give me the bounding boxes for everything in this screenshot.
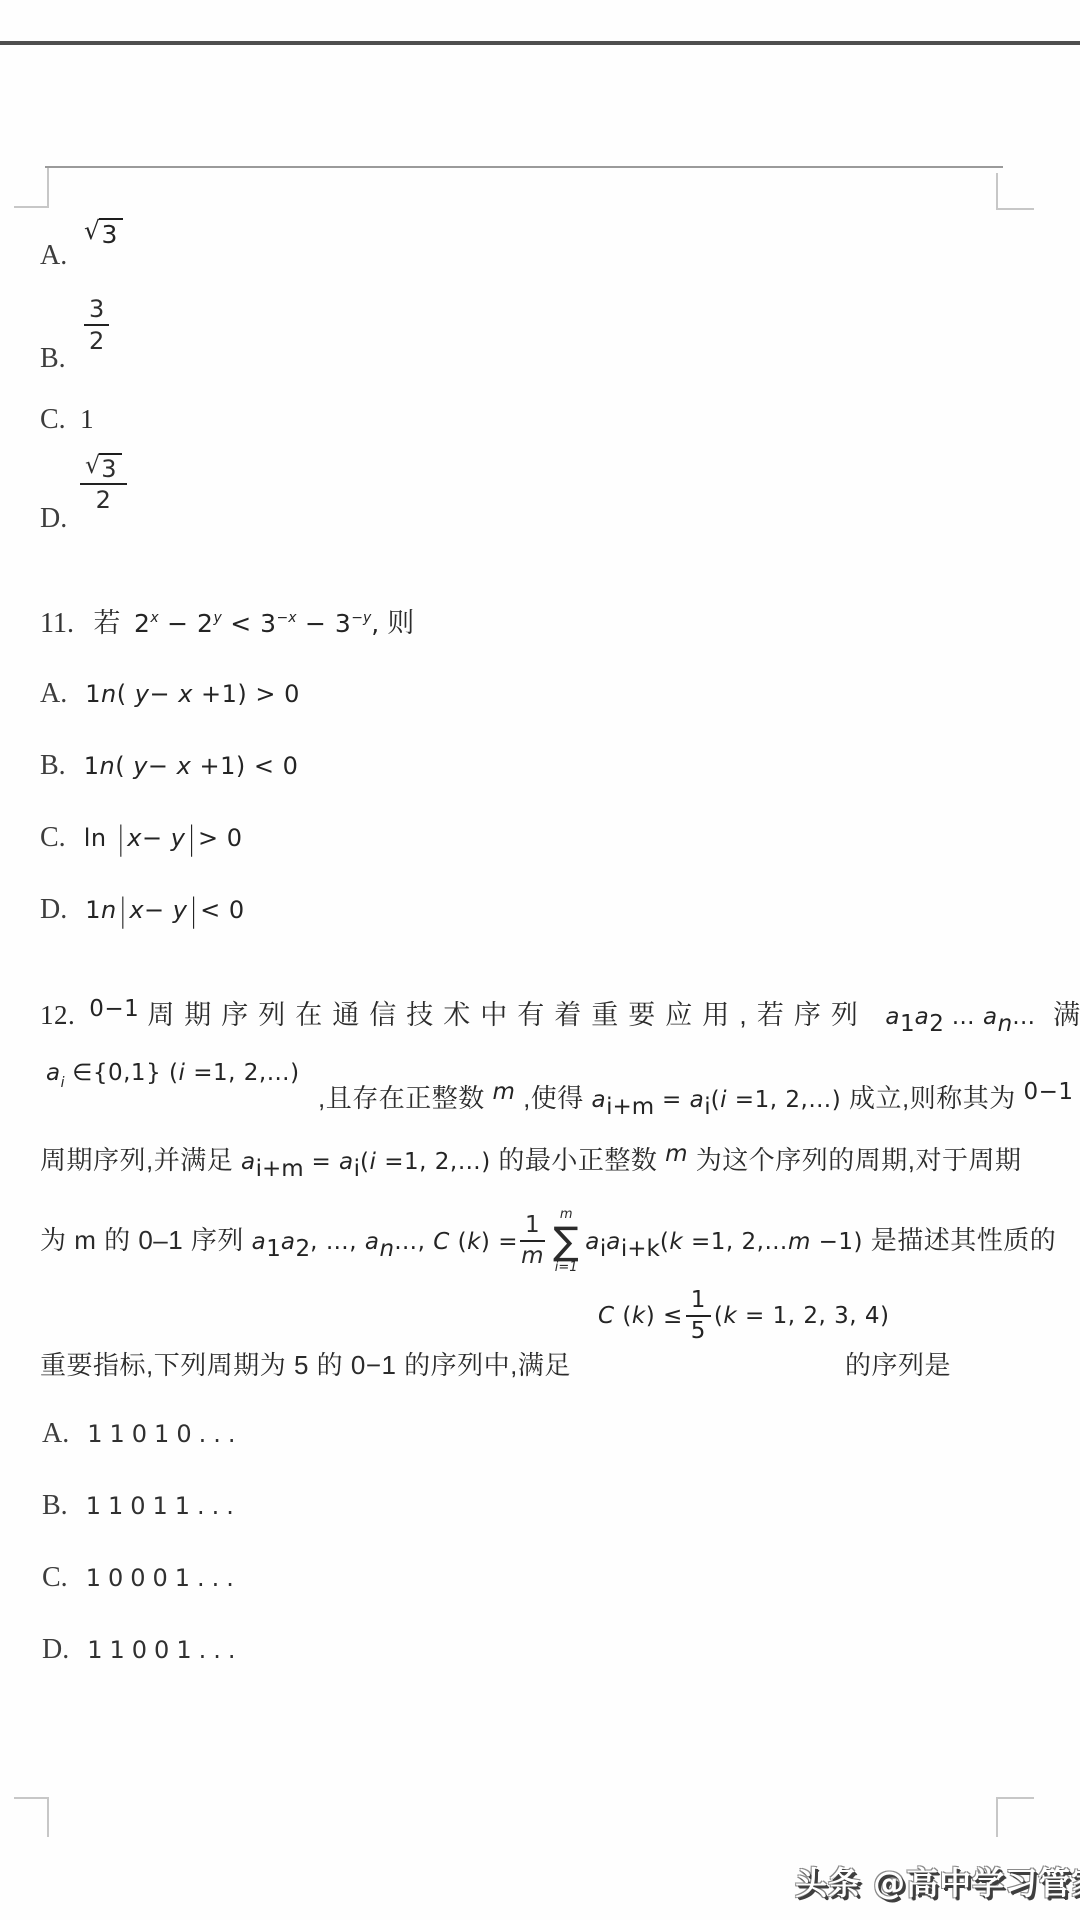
fraction-one-fifth: 1 5 — [686, 1288, 711, 1345]
q12-line-5-formula: C (k) ≤ 1 5 (k = 1, 2, 3, 4) — [598, 1284, 889, 1348]
prev-option-a-value: √3 — [84, 218, 123, 247]
q12-option-c-label: C. — [42, 1562, 68, 1594]
question-11-expression: 2x − 2y < 3−x − 3−y, — [134, 609, 380, 638]
q12-line-5-text: 重要指标,下列周期为 5 的 0−1 的序列中,满足 — [40, 1345, 571, 1382]
fraction-numerator: √3 — [80, 452, 127, 485]
q12-option-b-label: B. — [42, 1490, 68, 1522]
q12-option-a-label: A. — [42, 1418, 69, 1450]
prev-option-b-value: 3 2 — [84, 296, 109, 355]
q12-line-3: 周期序列,并满足 ai+m = ai(i =1, 2,…) 的最小正整数 m 为… — [40, 1140, 1022, 1182]
question-11-number: 11. — [40, 608, 74, 639]
q12-line-4-pre: 为 m 的 0–1 序列 a1a2, …, an…, C (k) = — [40, 1220, 518, 1262]
prev-option-c-row: C. 1 — [40, 404, 94, 436]
fraction-numerator: 3 — [84, 296, 109, 326]
fraction-denominator: 5 — [691, 1317, 706, 1344]
q12-option-d-label: D. — [42, 1634, 69, 1666]
watermark-text: 头条 @高中学习管家 — [795, 1858, 1080, 1904]
q12-line-4: 为 m 的 0–1 序列 a1a2, …, an…, C (k) = 1 m m… — [40, 1205, 1056, 1277]
q12-option-d-row: D. 11001... — [42, 1634, 242, 1666]
q12-line-4-post: aiai+k(k =1, 2,…m −1) 是描述其性质的 — [585, 1220, 1056, 1262]
crop-mark-bottom-left — [14, 1797, 49, 1837]
question-11-stem: 11. 若 2x − 2y < 3−x − 3−y, 则 — [40, 601, 414, 640]
q12-option-b-row: B. 11011... — [42, 1490, 241, 1522]
summation-symbol: m ∑ i=1 — [553, 1208, 579, 1274]
prev-option-b-label: B. — [40, 343, 66, 375]
fraction-denominator: 2 — [96, 485, 111, 513]
prev-option-c-label: C. — [40, 404, 66, 435]
crop-mark-top-left — [14, 168, 49, 208]
q12-option-c-value: 10001... — [86, 1564, 241, 1592]
q11-option-b-row: B. 1n( y− x +1) < 0 — [40, 750, 298, 782]
q11-option-d-label: D. — [40, 894, 67, 926]
q11-option-c-row: C. ln |x− y|> 0 — [40, 822, 243, 854]
sum-lower-limit: i=1 — [555, 1261, 578, 1274]
q12-line-1: 12.0−1 周期序列在通信技术中有着重要应用,若序列 a1a2 … an… 满… — [40, 993, 1080, 1037]
q11-option-b-label: B. — [40, 750, 66, 782]
q11-option-d-value: 1n|x− y|< 0 — [85, 896, 244, 924]
q11-option-a-row: A. 1n( y− x +1) > 0 — [40, 678, 300, 710]
condition-left: C (k) ≤ — [598, 1303, 683, 1329]
q12-option-a-row: A. 11010... — [42, 1418, 242, 1450]
condition-right: (k = 1, 2, 3, 4) — [714, 1303, 890, 1329]
fraction-denominator: m — [521, 1242, 544, 1269]
fraction-one-over-m: 1 m — [520, 1213, 545, 1270]
q11-option-b-value: 1n( y− x +1) < 0 — [84, 752, 299, 780]
fraction-denominator: 2 — [89, 326, 104, 354]
q12-line-2-text: ,且存在正整数 m ,使得 ai+m = ai(i =1, 2,…) 成立,则称… — [318, 1078, 1073, 1120]
q12-line-2-math: ai ∈{0,1} (i =1, 2,…) — [46, 1060, 300, 1091]
sqrt-expression: √3 — [85, 453, 122, 481]
margin-rule — [45, 166, 1003, 168]
top-rule — [0, 41, 1080, 45]
prev-option-c-value: 1 — [80, 404, 94, 434]
question-11-tail: 则 — [387, 608, 414, 638]
crop-mark-top-right — [996, 173, 1034, 210]
prev-option-d-label: D. — [40, 503, 67, 535]
sigma-glyph: ∑ — [553, 1222, 579, 1260]
fraction-numerator: 1 — [686, 1288, 711, 1317]
q11-option-c-value: ln |x− y|> 0 — [84, 824, 243, 852]
prev-option-d-value: √3 2 — [80, 452, 127, 513]
q11-option-a-label: A. — [40, 678, 67, 710]
q12-option-a-value: 11010... — [87, 1420, 242, 1448]
q12-option-b-value: 11011... — [86, 1492, 241, 1520]
q11-option-d-row: D. 1n|x− y|< 0 — [40, 894, 245, 926]
scanned-exam-page: A. √3 3 2 B. C. 1 √3 2 D. 11. 若 2x − 2y … — [0, 0, 1080, 1920]
q11-option-a-value: 1n( y− x +1) > 0 — [85, 680, 300, 708]
prev-option-a-label: A. — [40, 240, 67, 272]
q12-line-5-tail: 的序列是 — [845, 1345, 951, 1382]
question-11-lead: 若 — [93, 608, 120, 638]
crop-mark-bottom-right — [996, 1797, 1034, 1837]
q11-option-c-label: C. — [40, 822, 66, 854]
q12-option-d-value: 11001... — [87, 1636, 242, 1664]
q12-option-c-row: C. 10001... — [42, 1562, 241, 1594]
fraction-numerator: 1 — [520, 1213, 545, 1242]
